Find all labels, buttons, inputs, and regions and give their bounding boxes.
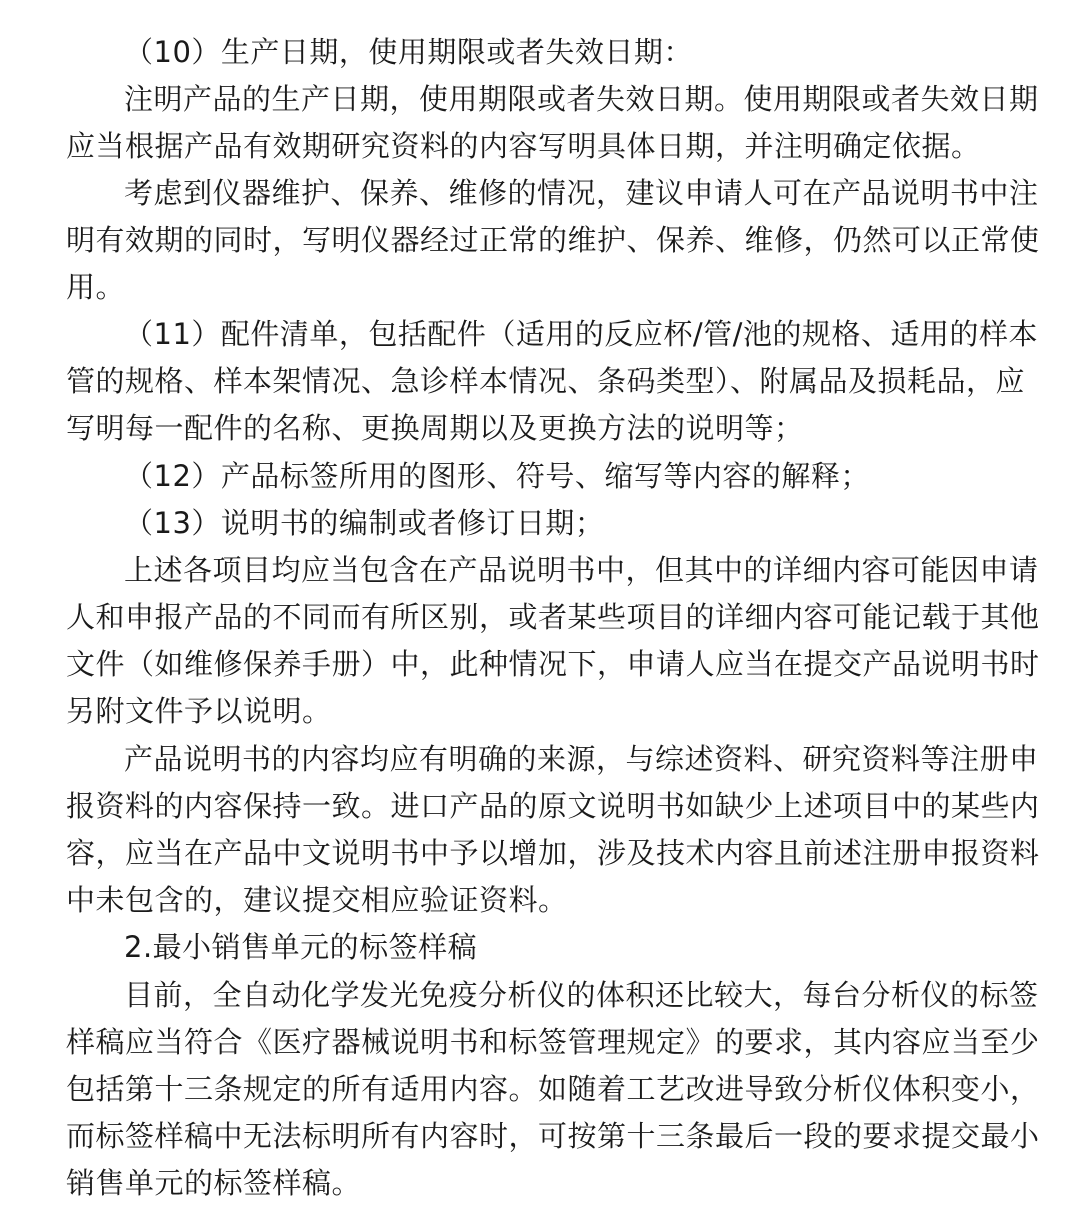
text-line: 产品说明书的内容均应有明确的来源，与综述资料、研究资料等注册申 (124, 736, 1014, 783)
text-line: 注明产品的生产日期，使用期限或者失效日期。使用期限或者失效日期 (124, 76, 1014, 123)
text-line: 用。 (66, 264, 125, 311)
text-line: 人和申报产品的不同而有所区别，或者某些项目的详细内容可能记载于其他 (66, 594, 1014, 641)
document-page: （10）生产日期，使用期限或者失效日期：注明产品的生产日期，使用期限或者失效日期… (0, 0, 1080, 1212)
text-line: 管的规格、样本架情况、急诊样本情况、条码类型）、附属品及损耗品，应 (66, 358, 1014, 405)
text-line: （13）说明书的编制或者修订日期； (124, 500, 604, 547)
text-line: 包括第十三条规定的所有适用内容。如随着工艺改进导致分析仪体积变小， (66, 1066, 1014, 1113)
text-line: （10）生产日期，使用期限或者失效日期： (124, 29, 693, 76)
text-line: 考虑到仪器维护、保养、维修的情况，建议申请人可在产品说明书中注 (124, 170, 1014, 217)
text-line: 中未包含的，建议提交相应验证资料。 (66, 877, 568, 924)
text-line: 应当根据产品有效期研究资料的内容写明具体日期，并注明确定依据。 (66, 123, 981, 170)
text-line: 销售单元的标签样稿。 (66, 1160, 361, 1207)
text-line: 报资料的内容保持一致。进口产品的原文说明书如缺少上述项目中的某些内 (66, 783, 1014, 830)
text-line: 容，应当在产品中文说明书中予以增加，涉及技术内容且前述注册申报资料 (66, 830, 1014, 877)
text-line: 写明每一配件的名称、更换周期以及更换方法的说明等； (66, 405, 804, 452)
text-line: 而标签样稿中无法标明所有内容时，可按第十三条最后一段的要求提交最小 (66, 1113, 1014, 1160)
text-line: 目前，全自动化学发光免疫分析仪的体积还比较大，每台分析仪的标签 (124, 972, 1014, 1019)
text-line: 明有效期的同时，写明仪器经过正常的维护、保养、维修，仍然可以正常使 (66, 217, 1014, 264)
text-line: （12）产品标签所用的图形、符号、缩写等内容的解释； (124, 453, 870, 500)
text-line: 文件（如维修保养手册）中，此种情况下，申请人应当在提交产品说明书时 (66, 641, 1014, 688)
text-line: （11）配件清单，包括配件（适用的反应杯/管/池的规格、适用的样本 (124, 311, 1014, 358)
text-line: 上述各项目均应当包含在产品说明书中，但其中的详细内容可能因申请 (124, 547, 1014, 594)
text-line: 样稿应当符合《医疗器械说明书和标签管理规定》的要求，其内容应当至少 (66, 1019, 1014, 1066)
text-line: 另附文件予以说明。 (66, 688, 332, 735)
text-line: 2.最小销售单元的标签样稿 (124, 924, 477, 971)
